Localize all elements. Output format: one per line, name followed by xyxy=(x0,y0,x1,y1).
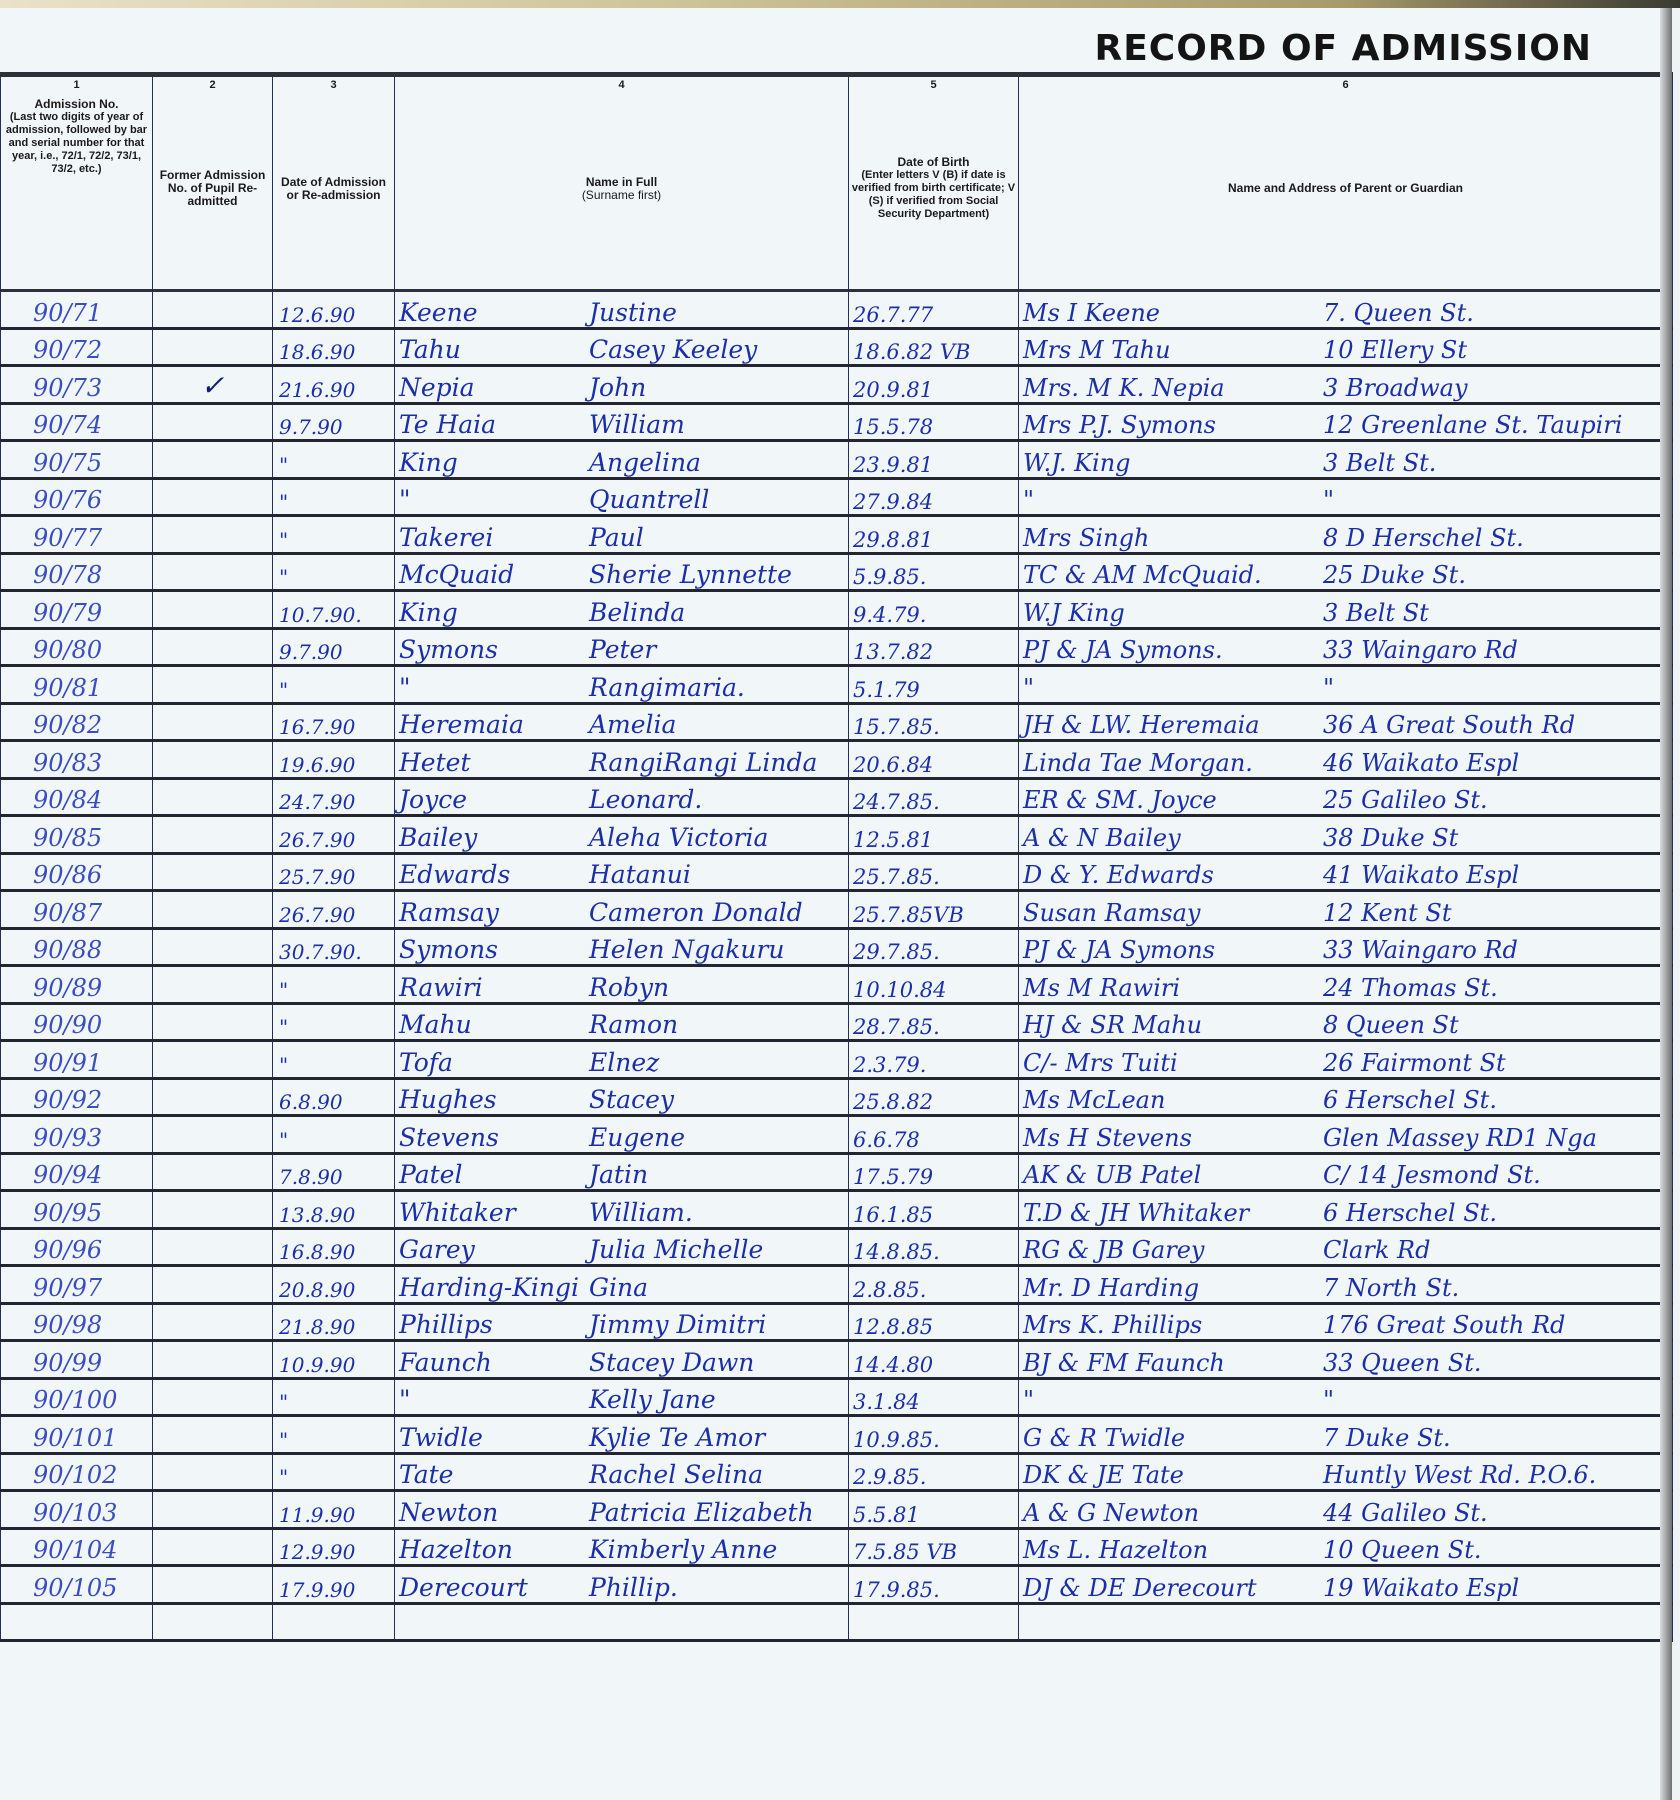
surname: Heremaia xyxy=(399,710,589,739)
parent-name: Ms I Keene xyxy=(1023,299,1323,327)
admission-number xyxy=(1,1603,153,1641)
full-name: RawiriRobyn xyxy=(395,966,849,1004)
parent-name: Mrs. M K. Nepia xyxy=(1023,374,1323,402)
given-names: Gina xyxy=(589,1273,648,1302)
parent-address: 33 Queen St. xyxy=(1323,1349,1482,1377)
surname: " xyxy=(399,485,589,514)
parent-guardian: TC & AM McQuaid.25 Duke St. xyxy=(1019,553,1673,591)
parent-name: G & R Twidle xyxy=(1023,1424,1323,1452)
parent-name: Linda Tae Morgan. xyxy=(1023,749,1323,777)
parent-name: " xyxy=(1023,674,1323,702)
given-names: Helen Ngakuru xyxy=(589,935,785,964)
parent-name: Mrs P.J. Symons xyxy=(1023,411,1323,439)
surname: McQuaid xyxy=(399,560,589,589)
given-names: Patricia Elizabeth xyxy=(589,1498,814,1527)
surname: King xyxy=(399,448,589,477)
admission-number: 90/97 xyxy=(1,1266,153,1304)
surname: King xyxy=(399,598,589,627)
admission-date: " xyxy=(273,1116,395,1154)
admission-number: 90/79 xyxy=(1,591,153,629)
given-names: William xyxy=(589,410,685,439)
admission-date: 24.7.90 xyxy=(273,778,395,816)
parent-address: C/ 14 Jesmond St. xyxy=(1323,1161,1541,1189)
parent-address: 44 Galileo St. xyxy=(1323,1499,1488,1527)
admission-date: " xyxy=(273,516,395,554)
former-admission-mark xyxy=(153,478,273,516)
full-name: "Rangimaria. xyxy=(395,666,849,704)
parent-address: 3 Belt St. xyxy=(1323,449,1436,477)
former-admission-mark xyxy=(153,703,273,741)
column-note: (Surname first) xyxy=(397,189,846,202)
surname: Rawiri xyxy=(399,973,589,1002)
surname: Te Haia xyxy=(399,410,589,439)
surname: Hughes xyxy=(399,1085,589,1114)
surname: Faunch xyxy=(399,1348,589,1377)
former-admission-mark xyxy=(153,853,273,891)
page-top-edge xyxy=(0,0,1680,8)
admission-date: 16.7.90 xyxy=(273,703,395,741)
full-name: TwidleKylie Te Amor xyxy=(395,1416,849,1454)
surname: Hetet xyxy=(399,748,589,777)
table-row: 90/76 " "Quantrell 27.9.84 "" xyxy=(1,478,1673,516)
table-row: 90/91 " TofaElnez 2.3.79. C/- Mrs Tuiti2… xyxy=(1,1041,1673,1079)
former-admission-mark: ✓ xyxy=(153,366,273,404)
full-name: EdwardsHatanui xyxy=(395,853,849,891)
table-row: 90/98 21.8.90 PhillipsJimmy Dimitri 12.8… xyxy=(1,1303,1673,1341)
admission-date xyxy=(273,1603,395,1641)
parent-name: W.J King xyxy=(1023,599,1323,627)
parent-name: C/- Mrs Tuiti xyxy=(1023,1049,1323,1077)
parent-name: HJ & SR Mahu xyxy=(1023,1011,1323,1039)
parent-name: T.D & JH Whitaker xyxy=(1023,1199,1323,1227)
date-of-birth: 10.10.84 xyxy=(849,966,1019,1004)
table-row: 90/93 " StevensEugene 6.6.78 Ms H Steven… xyxy=(1,1116,1673,1154)
page-right-edge xyxy=(1660,8,1672,1800)
admission-date: 9.7.90 xyxy=(273,628,395,666)
date-of-birth: 20.9.81 xyxy=(849,366,1019,404)
parent-guardian: Mrs P.J. Symons12 Greenlane St. Taupiri xyxy=(1019,403,1673,441)
parent-address: 10 Ellery St xyxy=(1323,336,1467,364)
parent-address: 36 A Great South Rd xyxy=(1323,711,1575,739)
page-title: RECORD OF ADMISSION xyxy=(1094,28,1592,69)
full-name: KingBelinda xyxy=(395,591,849,629)
admission-number: 90/88 xyxy=(1,928,153,966)
date-of-birth: 26.7.77 xyxy=(849,291,1019,329)
full-name: TofaElnez xyxy=(395,1041,849,1079)
former-admission-mark xyxy=(153,1566,273,1604)
full-name: PatelJatin xyxy=(395,1153,849,1191)
parent-guardian: JH & LW. Heremaia36 A Great South Rd xyxy=(1019,703,1673,741)
full-name: HazeltonKimberly Anne xyxy=(395,1528,849,1566)
parent-address: 25 Duke St. xyxy=(1323,561,1466,589)
parent-name: Ms H Stevens xyxy=(1023,1124,1323,1152)
surname: Takerei xyxy=(399,523,589,552)
former-admission-mark xyxy=(153,553,273,591)
date-of-birth: 15.7.85. xyxy=(849,703,1019,741)
table-row: 90/73 ✓ 21.6.90 NepiaJohn 20.9.81 Mrs. M… xyxy=(1,366,1673,404)
parent-address: 46 Waikato Espl xyxy=(1323,749,1519,777)
table-row: 90/96 16.8.90 GareyJulia Michelle 14.8.8… xyxy=(1,1228,1673,1266)
parent-address: 38 Duke St xyxy=(1323,824,1458,852)
former-admission-mark xyxy=(153,1453,273,1491)
surname: Patel xyxy=(399,1160,589,1189)
former-admission-mark xyxy=(153,403,273,441)
former-admission-mark xyxy=(153,291,273,329)
parent-address: 7 Duke St. xyxy=(1323,1424,1451,1452)
admission-number: 90/92 xyxy=(1,1078,153,1116)
admission-number: 90/96 xyxy=(1,1228,153,1266)
full-name: KingAngelina xyxy=(395,441,849,479)
surname: Tofa xyxy=(399,1048,589,1077)
former-admission-mark xyxy=(153,1416,273,1454)
full-name: Te HaiaWilliam xyxy=(395,403,849,441)
full-name: TahuCasey Keeley xyxy=(395,328,849,366)
surname: Stevens xyxy=(399,1123,589,1152)
date-of-birth: 29.8.81 xyxy=(849,516,1019,554)
date-of-birth: 14.8.85. xyxy=(849,1228,1019,1266)
date-of-birth: 2.3.79. xyxy=(849,1041,1019,1079)
full-name: NepiaJohn xyxy=(395,366,849,404)
full-name: TateRachel Selina xyxy=(395,1453,849,1491)
former-admission-mark xyxy=(153,1528,273,1566)
surname: Newton xyxy=(399,1498,589,1527)
given-names: RangiRangi Linda xyxy=(589,748,817,777)
table-row: 90/74 9.7.90 Te HaiaWilliam 15.5.78 Mrs … xyxy=(1,403,1673,441)
given-names: Stacey xyxy=(589,1085,674,1114)
parent-guardian: "" xyxy=(1019,666,1673,704)
admission-date: 21.8.90 xyxy=(273,1303,395,1341)
parent-guardian: C/- Mrs Tuiti26 Fairmont St xyxy=(1019,1041,1673,1079)
full-name: PhillipsJimmy Dimitri xyxy=(395,1303,849,1341)
admission-number: 90/95 xyxy=(1,1191,153,1229)
former-admission-mark xyxy=(153,891,273,929)
admission-number: 90/101 xyxy=(1,1416,153,1454)
admission-date: 21.6.90 xyxy=(273,366,395,404)
former-admission-mark xyxy=(153,441,273,479)
parent-address: 8 D Herschel St. xyxy=(1323,524,1524,552)
full-name: McQuaidSherie Lynnette xyxy=(395,553,849,591)
parent-address: 6 Herschel St. xyxy=(1323,1199,1497,1227)
surname: Hazelton xyxy=(399,1535,589,1564)
admission-date: " xyxy=(273,478,395,516)
parent-name: Ms L. Hazelton xyxy=(1023,1536,1323,1564)
admission-number: 90/83 xyxy=(1,741,153,779)
given-names: Cameron Donald xyxy=(589,898,803,927)
date-of-birth: 5.9.85. xyxy=(849,553,1019,591)
full-name: StevensEugene xyxy=(395,1116,849,1154)
surname: Symons xyxy=(399,935,589,964)
given-names: Hatanui xyxy=(589,860,691,889)
column-header-date-of-birth: 5 Date of Birth (Enter letters V (B) if … xyxy=(849,75,1019,291)
parent-name: RG & JB Garey xyxy=(1023,1236,1323,1264)
admission-number: 90/103 xyxy=(1,1491,153,1529)
parent-guardian: Mrs Singh8 D Herschel St. xyxy=(1019,516,1673,554)
parent-name: ER & SM. Joyce xyxy=(1023,786,1323,814)
date-of-birth: 5.5.81 xyxy=(849,1491,1019,1529)
given-names: Casey Keeley xyxy=(589,335,757,364)
parent-name: PJ & JA Symons xyxy=(1023,936,1323,964)
parent-guardian: Ms M Rawiri24 Thomas St. xyxy=(1019,966,1673,1004)
parent-guardian: Ms I Keene7. Queen St. xyxy=(1019,291,1673,329)
former-admission-mark xyxy=(153,1341,273,1379)
full-name: HughesStacey xyxy=(395,1078,849,1116)
admission-number: 90/75 xyxy=(1,441,153,479)
full-name: "Quantrell xyxy=(395,478,849,516)
parent-name: Ms McLean xyxy=(1023,1086,1323,1114)
date-of-birth: 5.1.79 xyxy=(849,666,1019,704)
former-admission-mark xyxy=(153,1003,273,1041)
header-row: 1 Admission No. (Last two digits of year… xyxy=(1,75,1673,291)
given-names: John xyxy=(589,373,646,402)
given-names: Leonard. xyxy=(589,785,702,814)
parent-address: 3 Belt St xyxy=(1323,599,1429,627)
surname: Ramsay xyxy=(399,898,589,927)
parent-name: Susan Ramsay xyxy=(1023,899,1323,927)
full-name: "Kelly Jane xyxy=(395,1378,849,1416)
parent-guardian: Mrs M Tahu10 Ellery St xyxy=(1019,328,1673,366)
given-names: Kylie Te Amor xyxy=(589,1423,765,1452)
date-of-birth: 27.9.84 xyxy=(849,478,1019,516)
parent-address: Glen Massey RD1 Nga xyxy=(1323,1124,1597,1152)
admission-number: 90/100 xyxy=(1,1378,153,1416)
former-admission-mark xyxy=(153,1491,273,1529)
given-names: Eugene xyxy=(589,1123,685,1152)
surname: Whitaker xyxy=(399,1198,589,1227)
surname: Twidle xyxy=(399,1423,589,1452)
parent-guardian: Ms McLean6 Herschel St. xyxy=(1019,1078,1673,1116)
former-admission-mark xyxy=(153,816,273,854)
admission-register-table: 1 Admission No. (Last two digits of year… xyxy=(0,72,1673,1642)
admission-number: 90/73 xyxy=(1,366,153,404)
parent-address: " xyxy=(1323,486,1334,514)
surname: " xyxy=(399,1385,589,1414)
admission-number: 90/94 xyxy=(1,1153,153,1191)
full-name: BaileyAleha Victoria xyxy=(395,816,849,854)
given-names: Peter xyxy=(589,635,656,664)
admission-date: 12.6.90 xyxy=(273,291,395,329)
admission-number: 90/99 xyxy=(1,1341,153,1379)
parent-guardian: Ms H StevensGlen Massey RD1 Nga xyxy=(1019,1116,1673,1154)
admission-date: 25.7.90 xyxy=(273,853,395,891)
parent-name: D & Y. Edwards xyxy=(1023,861,1323,889)
parent-name: " xyxy=(1023,486,1323,514)
column-label: Name and Address of Parent or Guardian xyxy=(1021,182,1670,195)
former-admission-mark xyxy=(153,1266,273,1304)
column-header-name-in-full: 4 Name in Full (Surname first) xyxy=(395,75,849,291)
parent-address: 7. Queen St. xyxy=(1323,299,1474,327)
register-rows: 90/71 12.6.90 KeeneJustine 26.7.77 Ms I … xyxy=(1,291,1673,1641)
table-row: 90/100 " "Kelly Jane 3.1.84 "" xyxy=(1,1378,1673,1416)
parent-guardian: Mrs. M K. Nepia3 Broadway xyxy=(1019,366,1673,404)
parent-address: Clark Rd xyxy=(1323,1236,1430,1264)
surname: Derecourt xyxy=(399,1573,589,1602)
former-admission-mark xyxy=(153,1191,273,1229)
date-of-birth: 9.4.79. xyxy=(849,591,1019,629)
parent-guardian: DJ & DE Derecourt19 Waikato Espl xyxy=(1019,1566,1673,1604)
admission-date: " xyxy=(273,1003,395,1041)
admission-date: 7.8.90 xyxy=(273,1153,395,1191)
former-admission-mark xyxy=(153,778,273,816)
parent-address: 33 Waingaro Rd xyxy=(1323,936,1518,964)
admission-date: 13.8.90 xyxy=(273,1191,395,1229)
surname: Phillips xyxy=(399,1310,589,1339)
former-admission-mark xyxy=(153,1228,273,1266)
former-admission-mark xyxy=(153,1041,273,1079)
parent-guardian: Susan Ramsay12 Kent St xyxy=(1019,891,1673,929)
table-row: 90/75 " KingAngelina 23.9.81 W.J. King3 … xyxy=(1,441,1673,479)
given-names: Belinda xyxy=(589,598,685,627)
surname: Keene xyxy=(399,298,589,327)
parent-name: TC & AM McQuaid. xyxy=(1023,561,1323,589)
parent-address: 176 Great South Rd xyxy=(1323,1311,1565,1339)
date-of-birth: 12.8.85 xyxy=(849,1303,1019,1341)
given-names: Ramon xyxy=(589,1010,678,1039)
admission-date: 30.7.90. xyxy=(273,928,395,966)
table-row: 90/78 " McQuaidSherie Lynnette 5.9.85. T… xyxy=(1,553,1673,591)
table-row: 90/71 12.6.90 KeeneJustine 26.7.77 Ms I … xyxy=(1,291,1673,329)
given-names: Aleha Victoria xyxy=(589,823,768,852)
parent-guardian: D & Y. Edwards41 Waikato Espl xyxy=(1019,853,1673,891)
parent-name: DK & JE Tate xyxy=(1023,1461,1323,1489)
parent-guardian: AK & UB PatelC/ 14 Jesmond St. xyxy=(1019,1153,1673,1191)
former-admission-mark xyxy=(153,741,273,779)
date-of-birth: 16.1.85 xyxy=(849,1191,1019,1229)
surname: Symons xyxy=(399,635,589,664)
given-names: Paul xyxy=(589,523,644,552)
given-names: William. xyxy=(589,1198,693,1227)
admission-date: 10.9.90 xyxy=(273,1341,395,1379)
admission-number: 90/98 xyxy=(1,1303,153,1341)
column-header-parent-guardian: 6 Name and Address of Parent or Guardian xyxy=(1019,75,1673,291)
former-admission-mark xyxy=(153,1078,273,1116)
surname: Tahu xyxy=(399,335,589,364)
parent-guardian: RG & JB GareyClark Rd xyxy=(1019,1228,1673,1266)
date-of-birth: 20.6.84 xyxy=(849,741,1019,779)
full-name: MahuRamon xyxy=(395,1003,849,1041)
full-name: GareyJulia Michelle xyxy=(395,1228,849,1266)
date-of-birth: 2.9.85. xyxy=(849,1453,1019,1491)
date-of-birth: 13.7.82 xyxy=(849,628,1019,666)
full-name: FaunchStacey Dawn xyxy=(395,1341,849,1379)
admission-number: 90/104 xyxy=(1,1528,153,1566)
given-names: Rangimaria. xyxy=(589,673,745,702)
parent-guardian: HJ & SR Mahu8 Queen St xyxy=(1019,1003,1673,1041)
date-of-birth: 7.5.85 VB xyxy=(849,1528,1019,1566)
date-of-birth: 10.9.85. xyxy=(849,1416,1019,1454)
parent-guardian: Mr. D Harding7 North St. xyxy=(1019,1266,1673,1304)
parent-name: W.J. King xyxy=(1023,449,1323,477)
given-names: Kelly Jane xyxy=(589,1385,716,1414)
full-name: DerecourtPhillip. xyxy=(395,1566,849,1604)
given-names: Stacey Dawn xyxy=(589,1348,754,1377)
date-of-birth: 23.9.81 xyxy=(849,441,1019,479)
admission-number: 90/84 xyxy=(1,778,153,816)
table-row: 90/88 30.7.90. SymonsHelen Ngakuru 29.7.… xyxy=(1,928,1673,966)
table-row: 90/84 24.7.90 JoyceLeonard. 24.7.85. ER … xyxy=(1,778,1673,816)
column-note: (Enter letters V (B) if date is verified… xyxy=(851,169,1016,221)
given-names: Julia Michelle xyxy=(589,1235,763,1264)
date-of-birth: 29.7.85. xyxy=(849,928,1019,966)
surname: Tate xyxy=(399,1460,589,1489)
parent-address: 10 Queen St. xyxy=(1323,1536,1482,1564)
table-row: 90/97 20.8.90 Harding-KingiGina 2.8.85. … xyxy=(1,1266,1673,1304)
admission-date: 19.6.90 xyxy=(273,741,395,779)
former-admission-mark xyxy=(153,666,273,704)
admission-number: 90/82 xyxy=(1,703,153,741)
parent-name: A & G Newton xyxy=(1023,1499,1323,1527)
parent-guardian: ER & SM. Joyce25 Galileo St. xyxy=(1019,778,1673,816)
parent-guardian: A & N Bailey38 Duke St xyxy=(1019,816,1673,854)
parent-name: AK & UB Patel xyxy=(1023,1161,1323,1189)
parent-name: Mrs K. Phillips xyxy=(1023,1311,1323,1339)
former-admission-mark xyxy=(153,928,273,966)
admission-date: " xyxy=(273,1041,395,1079)
admission-number: 90/87 xyxy=(1,891,153,929)
parent-guardian: PJ & JA Symons.33 Waingaro Rd xyxy=(1019,628,1673,666)
date-of-birth: 25.7.85VB xyxy=(849,891,1019,929)
parent-name: DJ & DE Derecourt xyxy=(1023,1574,1323,1602)
table-row: 90/95 13.8.90 WhitakerWilliam. 16.1.85 T… xyxy=(1,1191,1673,1229)
date-of-birth: 12.5.81 xyxy=(849,816,1019,854)
admission-number: 90/74 xyxy=(1,403,153,441)
surname: " xyxy=(399,673,589,702)
table-row: 90/80 9.7.90 SymonsPeter 13.7.82 PJ & JA… xyxy=(1,628,1673,666)
given-names: Justine xyxy=(589,298,677,327)
date-of-birth: 25.7.85. xyxy=(849,853,1019,891)
parent-guardian: BJ & FM Faunch33 Queen St. xyxy=(1019,1341,1673,1379)
table-row: 90/104 12.9.90 HazeltonKimberly Anne 7.5… xyxy=(1,1528,1673,1566)
table-row: 90/82 16.7.90 HeremaiaAmelia 15.7.85. JH… xyxy=(1,703,1673,741)
surname: Harding-Kingi xyxy=(399,1273,589,1302)
date-of-birth: 17.9.85. xyxy=(849,1566,1019,1604)
former-admission-mark xyxy=(153,1378,273,1416)
parent-name: Mr. D Harding xyxy=(1023,1274,1323,1302)
parent-guardian: Mrs K. Phillips176 Great South Rd xyxy=(1019,1303,1673,1341)
admission-date: 6.8.90 xyxy=(273,1078,395,1116)
given-names: Amelia xyxy=(589,710,676,739)
full-name: RamsayCameron Donald xyxy=(395,891,849,929)
column-label: Name in Full xyxy=(397,176,846,189)
table-row: 90/85 26.7.90 BaileyAleha Victoria 12.5.… xyxy=(1,816,1673,854)
parent-guardian xyxy=(1019,1603,1673,1641)
table-row xyxy=(1,1603,1673,1641)
table-row: 90/79 10.7.90. KingBelinda 9.4.79. W.J K… xyxy=(1,591,1673,629)
admission-date: 10.7.90. xyxy=(273,591,395,629)
former-admission-mark xyxy=(153,591,273,629)
table-row: 90/90 " MahuRamon 28.7.85. HJ & SR Mahu8… xyxy=(1,1003,1673,1041)
surname: Garey xyxy=(399,1235,589,1264)
admission-number: 90/89 xyxy=(1,966,153,1004)
parent-address: 41 Waikato Espl xyxy=(1323,861,1519,889)
admission-date: 12.9.90 xyxy=(273,1528,395,1566)
admission-number: 90/85 xyxy=(1,816,153,854)
full-name: TakereiPaul xyxy=(395,516,849,554)
parent-address: 6 Herschel St. xyxy=(1323,1086,1497,1114)
table-row: 90/86 25.7.90 EdwardsHatanui 25.7.85. D … xyxy=(1,853,1673,891)
parent-name: PJ & JA Symons. xyxy=(1023,636,1323,664)
full-name: NewtonPatricia Elizabeth xyxy=(395,1491,849,1529)
admission-date: 20.8.90 xyxy=(273,1266,395,1304)
parent-guardian: "" xyxy=(1019,478,1673,516)
admission-date: 9.7.90 xyxy=(273,403,395,441)
date-of-birth: 3.1.84 xyxy=(849,1378,1019,1416)
parent-address: 25 Galileo St. xyxy=(1323,786,1488,814)
table-row: 90/83 19.6.90 HetetRangiRangi Linda 20.6… xyxy=(1,741,1673,779)
surname: Nepia xyxy=(399,373,589,402)
given-names: Angelina xyxy=(589,448,701,477)
former-admission-mark xyxy=(153,1303,273,1341)
admission-date: " xyxy=(273,1416,395,1454)
